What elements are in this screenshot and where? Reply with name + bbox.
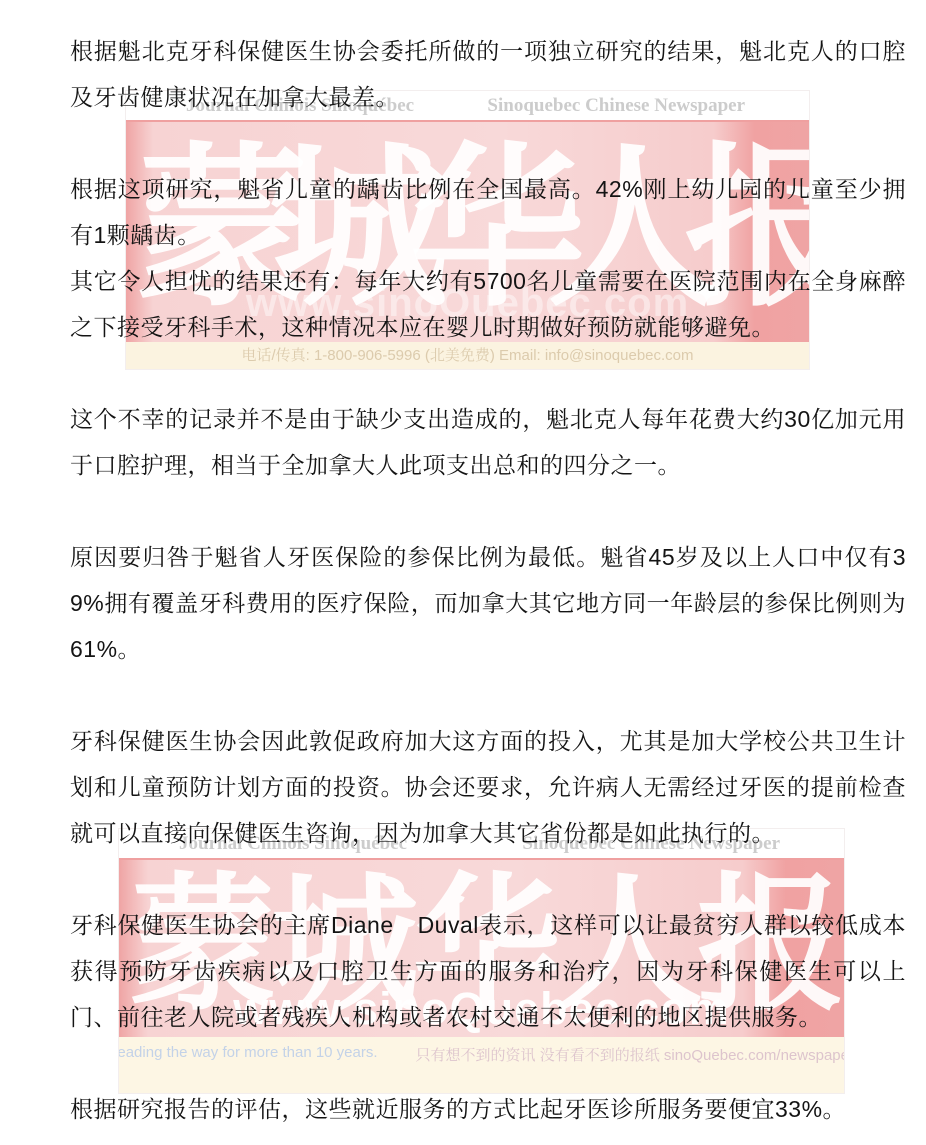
article-paragraph: 这个不幸的记录并不是由于缺少支出造成的，魁北克人每年花费大约30亿加元用于口腔护… <box>70 396 906 488</box>
article-paragraph: 根据这项研究，魁省儿童的龋齿比例在全国最高。42%刚上幼儿园的儿童至少拥有1颗龋… <box>70 166 906 258</box>
article-paragraph: 根据魁北克牙科保健医生协会委托所做的一项独立研究的结果，魁北克人的口腔及牙齿健康… <box>70 28 906 120</box>
article-paragraph: 其它令人担忧的结果还有：每年大约有5700名儿童需要在医院范围内在全身麻醉之下接… <box>70 258 906 350</box>
article-body: 根据魁北克牙科保健医生协会委托所做的一项独立研究的结果，魁北克人的口腔及牙齿健康… <box>0 0 906 1132</box>
article-paragraph: 根据研究报告的评估，这些就近服务的方式比起牙医诊所服务要便宜33%。 <box>70 1086 906 1132</box>
article-paragraph: 牙科保健医生协会的主席Diane Duval表示，这样可以让最贫穷人群以较低成本… <box>70 902 906 1040</box>
article-paragraph: 牙科保健医生协会因此敦促政府加大这方面的投入，尤其是加大学校公共卫生计划和儿童预… <box>70 718 906 856</box>
article-paragraph: 原因要归咎于魁省人牙医保险的参保比例为最低。魁省45岁及以上人口中仅有39%拥有… <box>70 534 906 672</box>
